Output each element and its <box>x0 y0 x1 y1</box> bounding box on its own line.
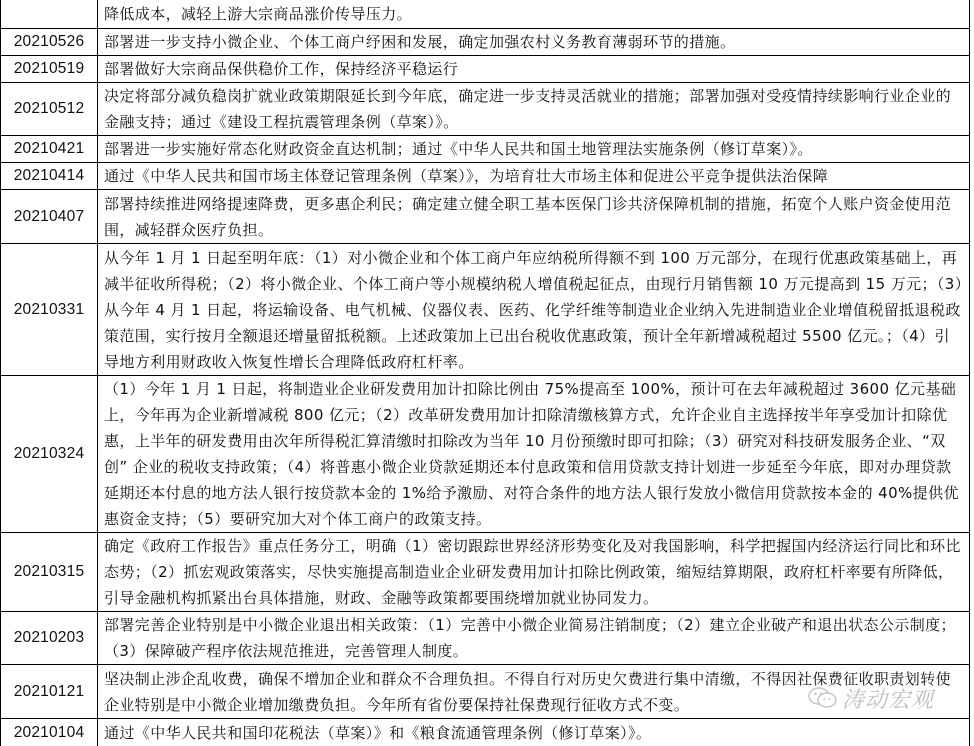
date-cell: 20210324 <box>1 376 98 533</box>
content-cell: 通过《中华人民共和国印花税法（草案）》和《粮食流通管理条例（修订草案）》。 <box>98 719 970 746</box>
date-cell: 20210203 <box>1 612 98 665</box>
table-row: 20210315 确定《政府工作报告》重点任务分工，明确（1）密切跟踪世界经济形… <box>1 533 970 612</box>
table-row: 20210331 从今年 1 月 1 日起至明年底：（1）对小微企业和个体工商户… <box>1 244 970 376</box>
content-cell: 部署进一步实施好常态化财政资金直达机制；通过《中华人民共和国土地管理法实施条例（… <box>98 136 970 163</box>
content-cell: 部署持续推进网络提速降费，更多惠企利民；确定建立健全职工基本医保门诊共济保障机制… <box>98 190 970 244</box>
content-cell: 通过《中华人民共和国市场主体登记管理条例（草案）》，为培育壮大市场主体和促进公平… <box>98 163 970 190</box>
table-row: 20210526 部署进一步支持小微企业、个体工商户纾困和发展，确定加强农村义务… <box>1 29 970 56</box>
table-row: 20210519 部署做好大宗商品保供稳价工作，保持经济平稳运行 <box>1 56 970 83</box>
table-row: 20210121 坚决制止涉企乱收费，确保不增加企业和群众不合理负担。不得自行对… <box>1 665 970 719</box>
content-cell: （1）今年 1 月 1 日起，将制造业企业研发费用加计扣除比例由 75%提高至 … <box>98 376 970 533</box>
content-cell: 部署完善企业特别是中小微企业退出相关政策：（1）完善中小微企业简易注销制度；（2… <box>98 612 970 665</box>
date-cell: 20210331 <box>1 244 98 376</box>
date-cell: 20210121 <box>1 665 98 719</box>
date-cell: 20210407 <box>1 190 98 244</box>
date-cell <box>1 0 98 29</box>
table-row: 20210407 部署持续推进网络提速降费，更多惠企利民；确定建立健全职工基本医… <box>1 190 970 244</box>
date-cell: 20210414 <box>1 163 98 190</box>
policy-table: 降低成本，减轻上游大宗商品涨价传导压力。 20210526 部署进一步支持小微企… <box>0 0 970 746</box>
date-cell: 20210104 <box>1 719 98 746</box>
content-cell: 部署进一步支持小微企业、个体工商户纾困和发展，确定加强农村义务教育薄弱环节的措施… <box>98 29 970 56</box>
content-cell: 从今年 1 月 1 日起至明年底：（1）对小微企业和个体工商户年应纳税所得额不到… <box>98 244 970 376</box>
date-cell: 20210315 <box>1 533 98 612</box>
content-cell: 决定将部分减负稳岗扩就业政策期限延长到今年底，确定进一步支持灵活就业的措施；部署… <box>98 83 970 136</box>
date-cell: 20210526 <box>1 29 98 56</box>
date-cell: 20210519 <box>1 56 98 83</box>
table-body: 降低成本，减轻上游大宗商品涨价传导压力。 20210526 部署进一步支持小微企… <box>1 0 970 746</box>
content-cell: 坚决制止涉企乱收费，确保不增加企业和群众不合理负担。不得自行对历史欠费进行集中清… <box>98 665 970 719</box>
date-cell: 20210421 <box>1 136 98 163</box>
table-row: 20210203 部署完善企业特别是中小微企业退出相关政策：（1）完善中小微企业… <box>1 612 970 665</box>
content-cell: 部署做好大宗商品保供稳价工作，保持经济平稳运行 <box>98 56 970 83</box>
date-cell: 20210512 <box>1 83 98 136</box>
table-row: 20210512 决定将部分减负稳岗扩就业政策期限延长到今年底，确定进一步支持灵… <box>1 83 970 136</box>
table-row: 20210421 部署进一步实施好常态化财政资金直达机制；通过《中华人民共和国土… <box>1 136 970 163</box>
table-row: 20210414 通过《中华人民共和国市场主体登记管理条例（草案）》，为培育壮大… <box>1 163 970 190</box>
content-cell: 确定《政府工作报告》重点任务分工，明确（1）密切跟踪世界经济形势变化及对我国影响… <box>98 533 970 612</box>
table-row: 20210104 通过《中华人民共和国印花税法（草案）》和《粮食流通管理条例（修… <box>1 719 970 746</box>
table-row: 20210324 （1）今年 1 月 1 日起，将制造业企业研发费用加计扣除比例… <box>1 376 970 533</box>
content-cell: 降低成本，减轻上游大宗商品涨价传导压力。 <box>98 0 970 29</box>
table-row: 降低成本，减轻上游大宗商品涨价传导压力。 <box>1 0 970 29</box>
